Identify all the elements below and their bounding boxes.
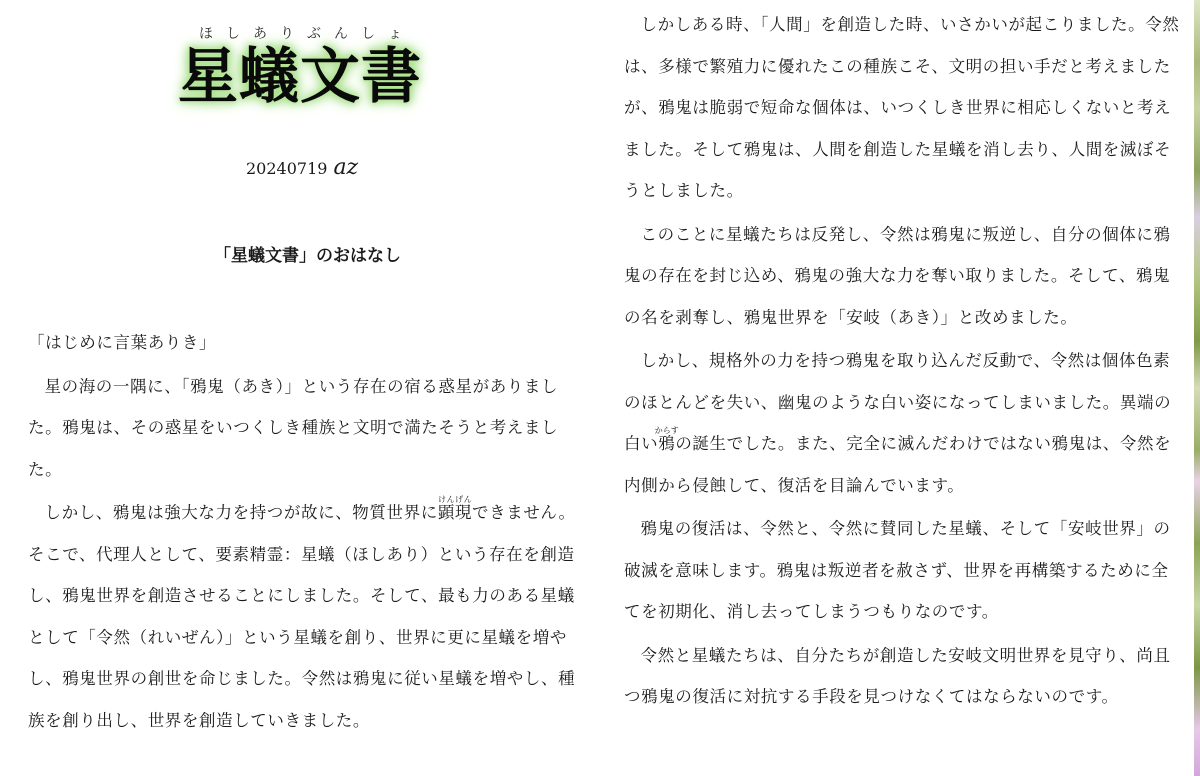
ruby-text: からす — [655, 426, 679, 435]
ruby-base: 顕現 — [438, 503, 472, 522]
document-subtitle: 「星蟻文書」のおはなし — [0, 244, 605, 268]
left-page: ほしありぶんしょ 星蟻文書 20240719az 「星蟻文書」のおはなし 「はじ… — [0, 0, 595, 776]
author-signature: az — [333, 155, 358, 180]
paragraph: 令然と星蟻たちは、自分たちが創造した安岐文明世界を見守り、尚且つ鴉鬼の復活に対抗… — [624, 635, 1180, 718]
document-title: 星蟻文書 — [160, 42, 440, 112]
title-block: ほしありぶんしょ 星蟻文書 — [160, 26, 440, 112]
paragraph: 鴉鬼の復活は、令然と、令然に賛同した星蟻、そして「安岐世界」の破滅を意味します。… — [624, 508, 1180, 633]
ruby-annotation: 顕現けんげん — [438, 503, 472, 522]
title-ruby: ほしありぶんしょ — [174, 26, 440, 42]
ruby-text: けんげん — [438, 495, 472, 504]
ruby-annotation: 鴉からす — [658, 434, 675, 453]
paragraph-text: できません。そこで、代理人として、要素精霊：星蟻（ほしあり）という存在を創造し、… — [28, 503, 576, 730]
paragraph: 星の海の一隅に、「鴉鬼（あき）」という存在の宿る惑星がありました。鴉鬼は、その惑… — [28, 366, 584, 491]
left-column-text: 「はじめに言葉ありき」 星の海の一隅に、「鴉鬼（あき）」という存在の宿る惑星があ… — [28, 322, 584, 743]
section-heading: 「はじめに言葉ありき」 — [28, 322, 584, 364]
paragraph: しかしある時、「人間」を創造した時、いさかいが起こりました。令然は、多様で繁殖力… — [624, 4, 1180, 212]
paragraph: しかし、規格外の力を持つ鴉鬼を取り込んだ反動で、令然は個体色素のほとんどを失い、… — [624, 340, 1180, 506]
decorative-edge-strip — [1194, 0, 1200, 776]
paragraph: しかし、鴉鬼は強大な力を持つが故に、物質世界に顕現けんげんできません。そこで、代… — [28, 492, 584, 741]
paragraph: このことに星蟻たちは反発し、令然は鴉鬼に叛逆し、自分の個体に鴉鬼の存在を封じ込め… — [624, 214, 1180, 339]
date-line: 20240719az — [246, 158, 358, 179]
paragraph-text: しかし、鴉鬼は強大な力を持つが故に、物質世界に — [45, 503, 438, 522]
right-column-text: しかしある時、「人間」を創造した時、いさかいが起こりました。令然は、多様で繁殖力… — [624, 4, 1180, 720]
paragraph-text: の誕生でした。また、完全に滅んだわけではない鴉鬼は、令然を内側から侵蝕して、復活… — [624, 434, 1171, 495]
document-date: 20240719 — [246, 159, 327, 178]
